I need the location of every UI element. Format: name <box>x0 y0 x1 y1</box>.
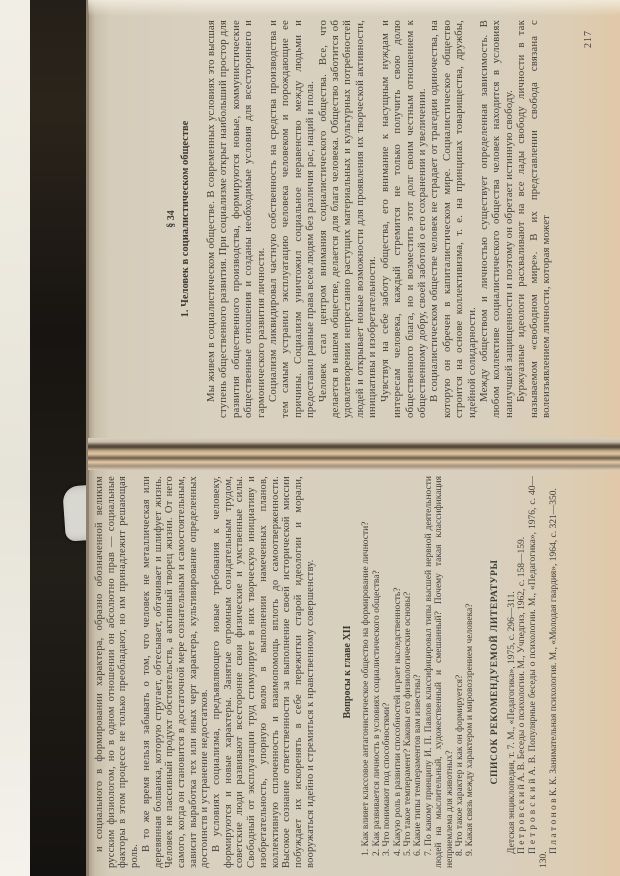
left-paragraph: В то же время нельзя забывать о том, что… <box>141 476 211 868</box>
right-paragraph: Между обществом и личностью существует о… <box>478 20 515 418</box>
questions-list: 1. Как влияет классовое антагонистическо… <box>361 476 475 868</box>
question-item: 4. Какую роль в развитии способностей иг… <box>393 476 403 868</box>
book-photo-canvas: и социального в формировании характера, … <box>0 0 620 876</box>
left-page-content: и социального в формировании характера, … <box>94 476 560 868</box>
right-page-body: Мы живем в социалистическом обществе. В … <box>205 20 552 418</box>
question-item: 1. Как влияет классовое антагонистическо… <box>361 476 371 868</box>
book-page-right: § 34 1. Человек в социалистическом общес… <box>88 0 620 438</box>
right-paragraph: Социализм ликвидировал частную собственн… <box>267 20 317 418</box>
section-mark: § 34 <box>166 20 177 418</box>
page-number: 217 <box>583 30 594 48</box>
questions-header: Вопросы к главе XII <box>342 476 353 868</box>
literature-item: П е т р о в с к и й А. В. Беседы о психо… <box>517 476 528 868</box>
question-item: 9. Какая связь между характером и мирово… <box>465 476 475 868</box>
question-item: 2. Как развивается личность в условиях с… <box>372 476 382 868</box>
photo-margin-strip <box>0 0 30 876</box>
literature-list: Детская энциклопедия, т. 7. М., «Педагог… <box>507 476 560 868</box>
right-paragraph: Чувствуя на себе заботу общества, его вн… <box>379 20 429 418</box>
question-item: 7. По какому принципу И. П. Павлов класс… <box>424 476 455 868</box>
book-page-left: и социального в формировании характера, … <box>88 470 620 876</box>
page-outer-edge-highlight <box>88 0 620 16</box>
book-spread-photo: и социального в формировании характера, … <box>0 0 620 876</box>
right-page-content: § 34 1. Человек в социалистическом общес… <box>88 20 552 418</box>
literature-item: П л а т о н о в К. К. Занимательная псих… <box>549 476 560 868</box>
literature-item: П е т р о в с к и й А. В. Популярные бес… <box>528 476 549 868</box>
open-book: и социального в формировании характера, … <box>88 0 620 876</box>
question-item: 6. Какие типы темпераментов вам известны… <box>413 476 423 868</box>
question-item: 5. Что такое темперамент? Каковы его физ… <box>403 476 413 868</box>
right-paragraph: В социалистическом обществе человек не с… <box>428 20 478 418</box>
right-paragraph: Мы живем в социалистическом обществе. В … <box>205 20 267 418</box>
literature-header: СПИСОК РЕКОМЕНДУЕМОЙ ЛИТЕРАТУРЫ <box>490 476 500 868</box>
section-title: 1. Человек в социалистическом обществе <box>180 20 191 418</box>
right-paragraph: Человек стал центром внимания социалисти… <box>317 20 379 418</box>
literature-item: Детская энциклопедия, т. 7. М., «Педагог… <box>507 476 518 868</box>
left-paragraph: В условиях социализма, предъявляющего но… <box>211 476 316 868</box>
question-item: 3. Что понимают под способностями? <box>382 476 392 868</box>
right-paragraph: Буржуазные идеологи расхваливают на все … <box>515 20 552 418</box>
photo-background-band <box>30 0 88 876</box>
left-paragraph: и социального в формировании характера, … <box>94 476 141 868</box>
question-item: 8. Что такое характер и как он формирует… <box>455 476 465 868</box>
book-gutter-crease <box>88 438 620 470</box>
